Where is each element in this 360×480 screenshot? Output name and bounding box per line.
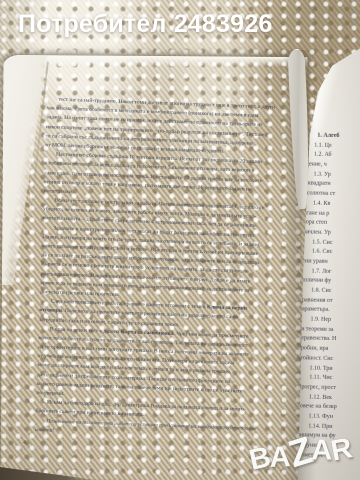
paragraph: В края на всеки тест е дадена Карта за с… — [36, 325, 297, 408]
listing-photo: тест ще са най-трудните. Някои теми дост… — [0, 0, 360, 480]
paragraph: Задачите в един тренировъчен тест могат … — [40, 224, 301, 307]
contents-line: стойност. Сис — [298, 354, 360, 365]
seller-username-watermark: Потребител 2483926 — [18, 10, 272, 39]
contents-line: Прогрес, прост — [297, 383, 360, 394]
contents-line: тричлен. Ур — [300, 228, 360, 239]
paragraph: тест ще са най-трудните. Някои теми дост… — [45, 95, 305, 160]
page-number: 4 — [23, 439, 26, 446]
page-text: тест ще са най-трудните. Някои теми дост… — [35, 95, 305, 444]
book-left-page: тест ще са най-трудните. Някои теми дост… — [1, 55, 308, 480]
contents-line: абсолютна ст — [301, 189, 360, 200]
